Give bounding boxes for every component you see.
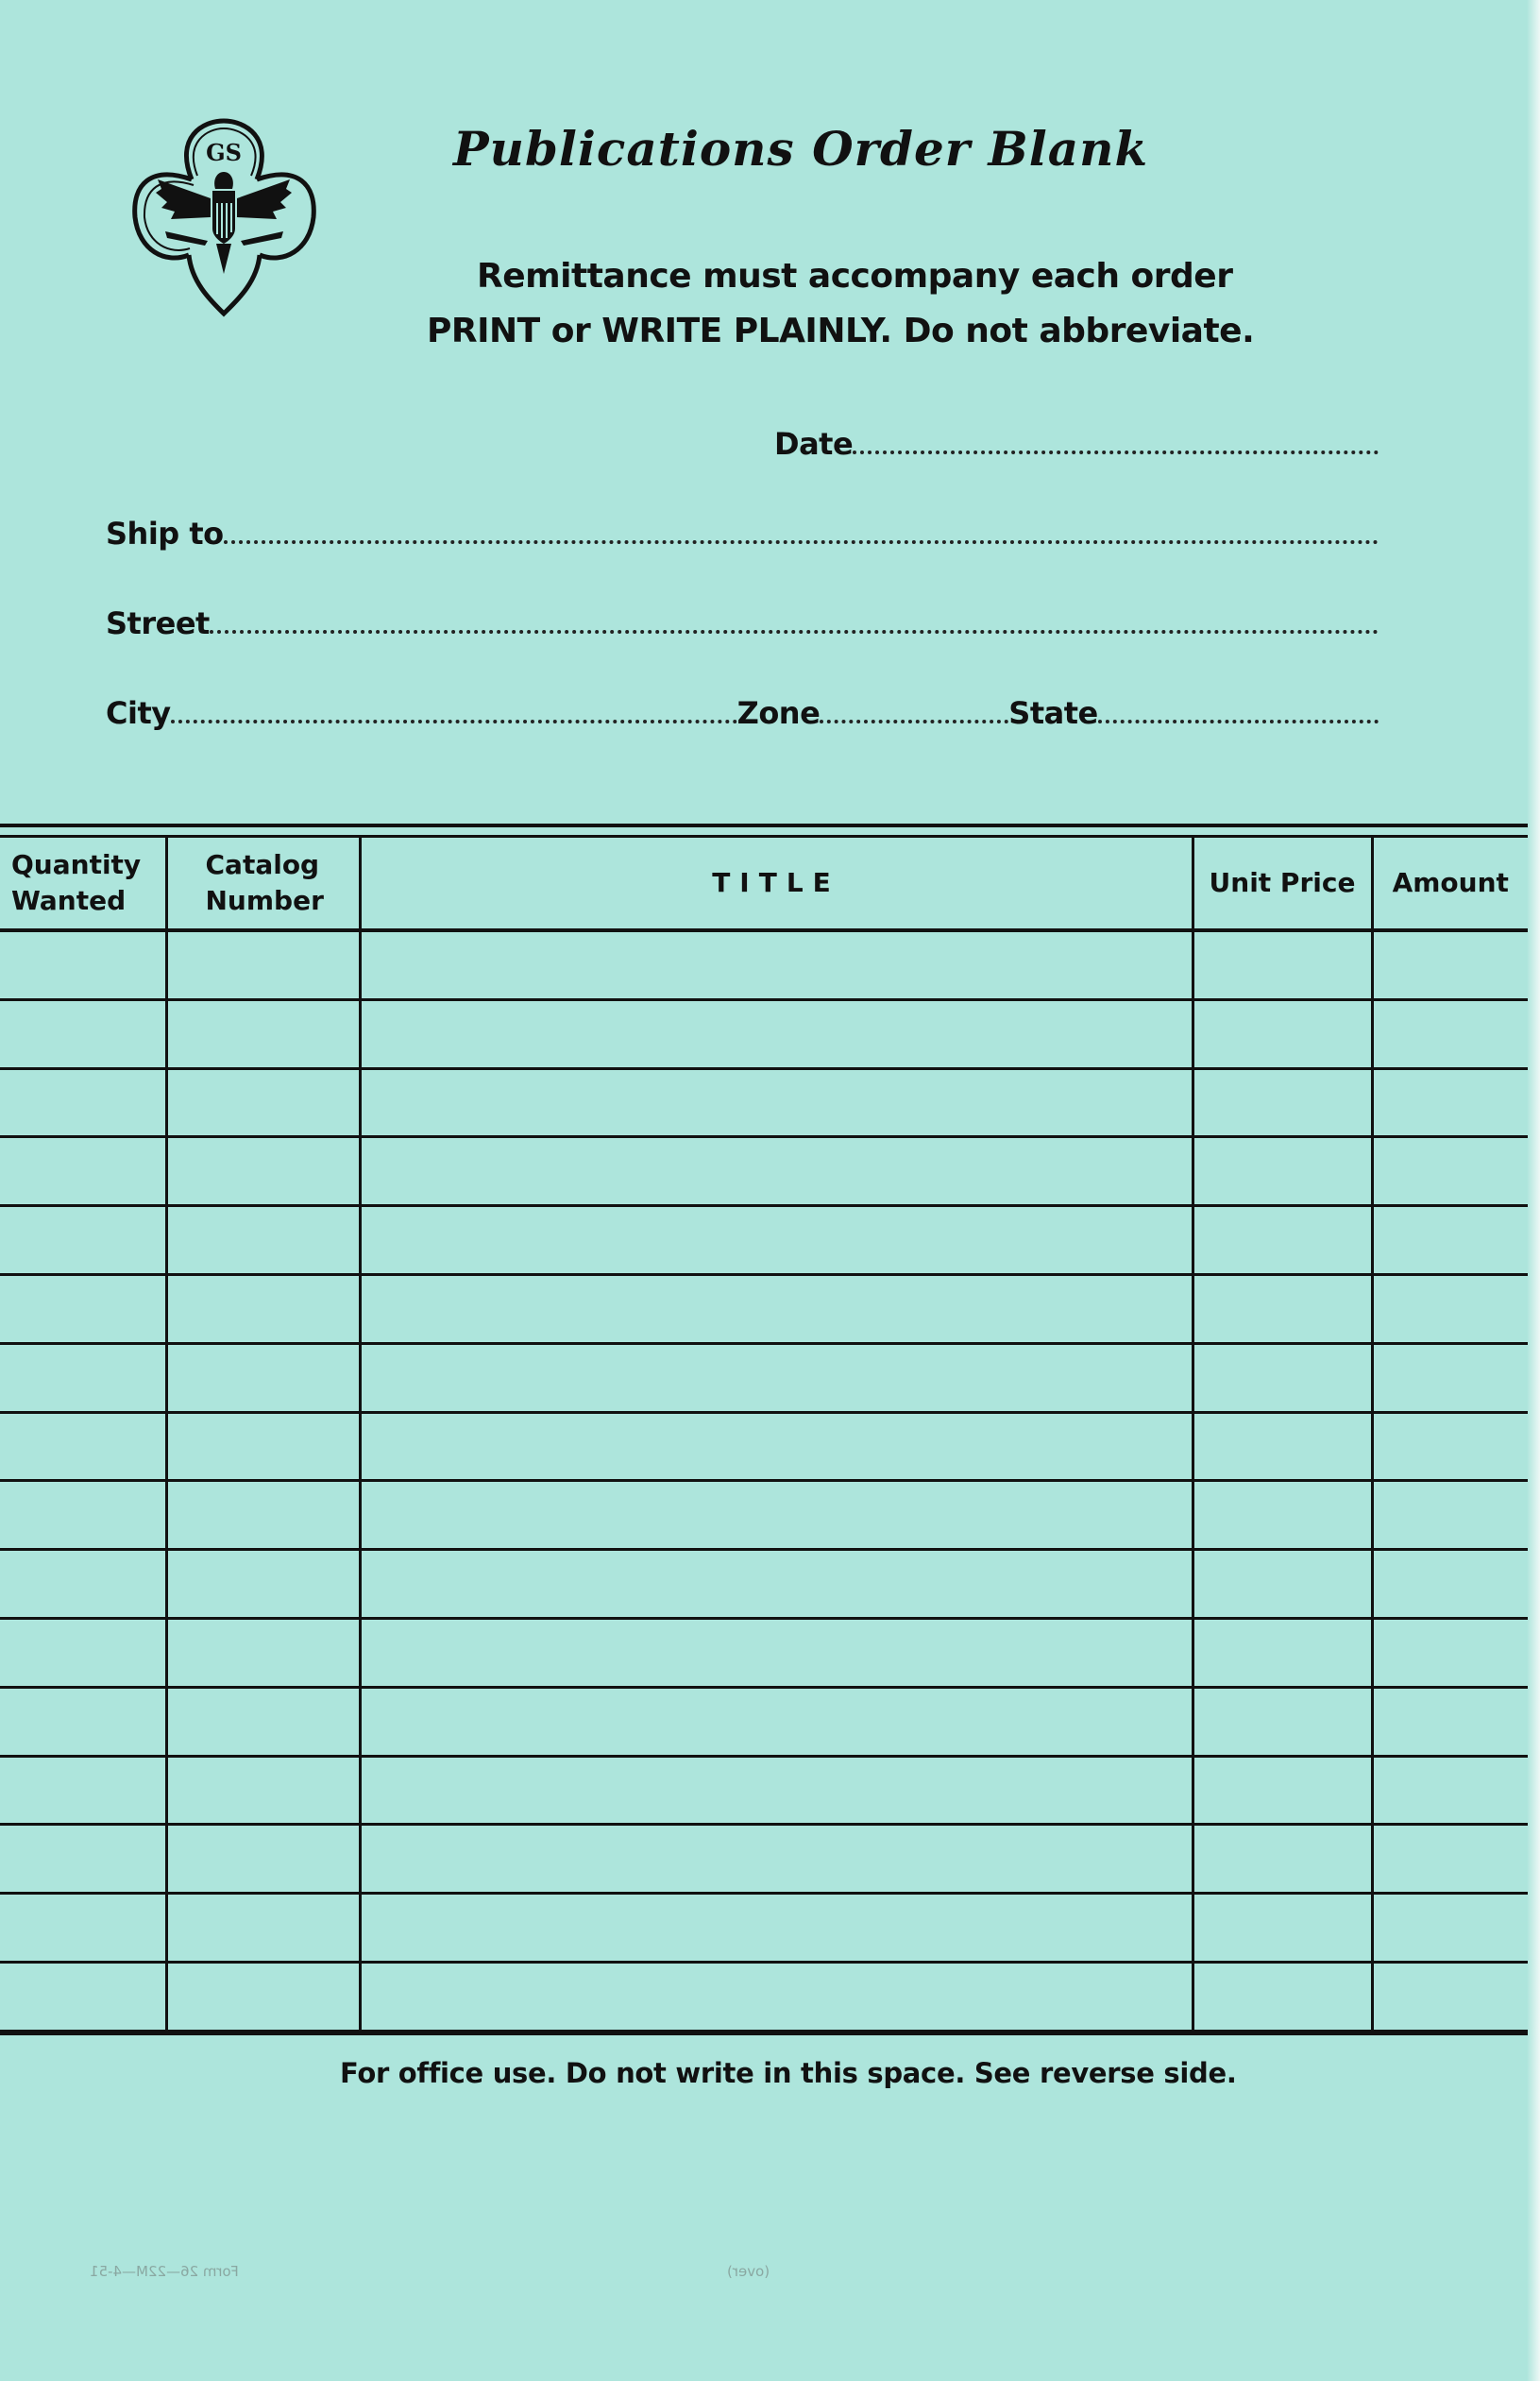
unit-price-cell[interactable] xyxy=(1193,1618,1372,1687)
catalog-number-cell[interactable] xyxy=(166,1068,360,1137)
unit-price-cell[interactable] xyxy=(1193,1825,1372,1894)
table-row xyxy=(0,1481,1528,1550)
title-cell[interactable] xyxy=(360,1550,1193,1619)
street-field-row: Street xyxy=(106,609,1379,641)
over-note: (over) xyxy=(727,2263,770,2280)
quantity-cell[interactable] xyxy=(0,1894,166,1963)
print-instructions: PRINT or WRITE PLAINLY. Do not abbreviat… xyxy=(427,312,1254,350)
quantity-cell[interactable] xyxy=(0,1068,166,1137)
unit-price-cell[interactable] xyxy=(1193,999,1372,1068)
order-items-table: Quantity Wanted Catalog Number TITLE Uni… xyxy=(0,838,1528,2035)
amount-cell[interactable] xyxy=(1372,1343,1528,1412)
unit-price-cell[interactable] xyxy=(1193,1550,1372,1619)
header-quantity-line2: Wanted xyxy=(0,883,165,919)
unit-price-cell[interactable] xyxy=(1193,1412,1372,1481)
remittance-notice: Remittance must accompany each order xyxy=(477,257,1232,296)
catalog-number-cell[interactable] xyxy=(166,999,360,1068)
quantity-cell[interactable] xyxy=(0,1825,166,1894)
quantity-cell[interactable] xyxy=(0,930,166,999)
header-title-text: TITLE xyxy=(362,865,1192,901)
catalog-number-cell[interactable] xyxy=(166,1206,360,1275)
quantity-cell[interactable] xyxy=(0,1687,166,1756)
table-row xyxy=(0,1550,1528,1619)
table-row xyxy=(0,1894,1528,1963)
table-row xyxy=(0,999,1528,1068)
svg-text:GS: GS xyxy=(206,139,242,166)
form-number: Form 26—22M—4-51 xyxy=(90,2263,239,2280)
title-cell[interactable] xyxy=(360,1962,1193,2032)
zone-label: Zone xyxy=(737,695,821,731)
amount-cell[interactable] xyxy=(1372,1894,1528,1963)
amount-cell[interactable] xyxy=(1372,1687,1528,1756)
city-field[interactable] xyxy=(171,719,737,723)
column-header-amount: Amount xyxy=(1372,838,1528,930)
unit-price-cell[interactable] xyxy=(1193,1274,1372,1343)
unit-price-cell[interactable] xyxy=(1193,1962,1372,2032)
catalog-number-cell[interactable] xyxy=(166,1481,360,1550)
unit-price-cell[interactable] xyxy=(1193,1068,1372,1137)
title-cell[interactable] xyxy=(360,1894,1193,1963)
table-row xyxy=(0,1618,1528,1687)
header-amount-text: Amount xyxy=(1374,865,1529,901)
unit-price-cell[interactable] xyxy=(1193,930,1372,999)
date-field[interactable] xyxy=(853,450,1379,454)
amount-cell[interactable] xyxy=(1372,1412,1528,1481)
amount-cell[interactable] xyxy=(1372,1274,1528,1343)
table-row xyxy=(0,1206,1528,1275)
amount-cell[interactable] xyxy=(1372,1550,1528,1619)
title-cell[interactable] xyxy=(360,1274,1193,1343)
column-header-quantity: Quantity Wanted xyxy=(0,838,166,930)
table-row xyxy=(0,1068,1528,1137)
title-cell[interactable] xyxy=(360,1756,1193,1825)
table-row xyxy=(0,1687,1528,1756)
table-row xyxy=(0,1825,1528,1894)
city-zone-state-row: City Zone State xyxy=(106,699,1379,731)
girl-scouts-trefoil-eagle-icon: GS xyxy=(118,113,330,321)
amount-cell[interactable] xyxy=(1372,1206,1528,1275)
quantity-cell[interactable] xyxy=(0,1550,166,1619)
catalog-number-cell[interactable] xyxy=(166,1687,360,1756)
header-catalog-line1: Catalog xyxy=(168,847,359,883)
header-quantity-line1: Quantity xyxy=(0,847,165,883)
amount-cell[interactable] xyxy=(1372,1481,1528,1550)
unit-price-cell[interactable] xyxy=(1193,1206,1372,1275)
amount-cell[interactable] xyxy=(1372,1962,1528,2032)
quantity-cell[interactable] xyxy=(0,999,166,1068)
ship-to-label: Ship to xyxy=(106,516,224,552)
catalog-number-cell[interactable] xyxy=(166,930,360,999)
title-cell[interactable] xyxy=(360,1687,1193,1756)
title-cell[interactable] xyxy=(360,1068,1193,1137)
table-top-double-rule xyxy=(0,824,1528,838)
catalog-number-cell[interactable] xyxy=(166,1274,360,1343)
title-cell[interactable] xyxy=(360,1137,1193,1206)
quantity-cell[interactable] xyxy=(0,1756,166,1825)
table-body xyxy=(0,930,1528,2032)
catalog-number-cell[interactable] xyxy=(166,1412,360,1481)
ship-to-field-row: Ship to xyxy=(106,519,1379,552)
form-title: Publications Order Blank xyxy=(453,121,1303,177)
title-cell[interactable] xyxy=(360,1481,1193,1550)
street-field[interactable] xyxy=(210,629,1379,634)
header-catalog-line2: Number xyxy=(168,883,359,919)
table-header-row: Quantity Wanted Catalog Number TITLE Uni… xyxy=(0,838,1528,930)
quantity-cell[interactable] xyxy=(0,1618,166,1687)
table-row xyxy=(0,1274,1528,1343)
amount-cell[interactable] xyxy=(1372,999,1528,1068)
ship-to-field[interactable] xyxy=(224,539,1379,544)
amount-cell[interactable] xyxy=(1372,1068,1528,1137)
unit-price-cell[interactable] xyxy=(1193,1481,1372,1550)
table-row xyxy=(0,1137,1528,1206)
table-row xyxy=(0,1412,1528,1481)
quantity-cell[interactable] xyxy=(0,1962,166,2032)
unit-price-cell[interactable] xyxy=(1193,1687,1372,1756)
catalog-number-cell[interactable] xyxy=(166,1962,360,2032)
amount-cell[interactable] xyxy=(1372,1137,1528,1206)
catalog-number-cell[interactable] xyxy=(166,1894,360,1963)
street-label: Street xyxy=(106,605,210,641)
table-row xyxy=(0,930,1528,999)
quantity-cell[interactable] xyxy=(0,1206,166,1275)
state-field[interactable] xyxy=(1098,719,1379,723)
unit-price-cell[interactable] xyxy=(1193,1343,1372,1412)
amount-cell[interactable] xyxy=(1372,1756,1528,1825)
column-header-catalog: Catalog Number xyxy=(166,838,360,930)
table-row xyxy=(0,1756,1528,1825)
date-label: Date xyxy=(774,426,853,462)
unit-price-cell[interactable] xyxy=(1193,1894,1372,1963)
amount-cell[interactable] xyxy=(1372,930,1528,999)
quantity-cell[interactable] xyxy=(0,1481,166,1550)
city-label: City xyxy=(106,695,171,731)
quantity-cell[interactable] xyxy=(0,1137,166,1206)
unit-price-cell[interactable] xyxy=(1193,1137,1372,1206)
column-header-unit-price: Unit Price xyxy=(1193,838,1372,930)
title-cell[interactable] xyxy=(360,1825,1193,1894)
title-cell[interactable] xyxy=(360,930,1193,999)
catalog-number-cell[interactable] xyxy=(166,1618,360,1687)
amount-cell[interactable] xyxy=(1372,1618,1528,1687)
catalog-number-cell[interactable] xyxy=(166,1343,360,1412)
quantity-cell[interactable] xyxy=(0,1412,166,1481)
title-cell[interactable] xyxy=(360,1618,1193,1687)
table-row xyxy=(0,1343,1528,1412)
catalog-number-cell[interactable] xyxy=(166,1756,360,1825)
unit-price-cell[interactable] xyxy=(1193,1756,1372,1825)
date-field-row: Date xyxy=(774,430,1379,462)
title-cell[interactable] xyxy=(360,1343,1193,1412)
title-cell[interactable] xyxy=(360,1412,1193,1481)
column-header-title: TITLE xyxy=(360,838,1193,930)
catalog-number-cell[interactable] xyxy=(166,1137,360,1206)
catalog-number-cell[interactable] xyxy=(166,1550,360,1619)
paper-edge xyxy=(1527,0,1540,2381)
header-unit-price-text: Unit Price xyxy=(1194,865,1371,901)
zone-field[interactable] xyxy=(820,719,1008,723)
order-table: Quantity Wanted Catalog Number TITLE Uni… xyxy=(0,824,1528,2035)
state-label: State xyxy=(1008,695,1097,731)
catalog-number-cell[interactable] xyxy=(166,1825,360,1894)
table-row xyxy=(0,1962,1528,2032)
title-cell[interactable] xyxy=(360,1206,1193,1275)
office-use-note: For office use. Do not write in this spa… xyxy=(340,2057,1237,2089)
quantity-cell[interactable] xyxy=(0,1343,166,1412)
amount-cell[interactable] xyxy=(1372,1825,1528,1894)
quantity-cell[interactable] xyxy=(0,1274,166,1343)
title-cell[interactable] xyxy=(360,999,1193,1068)
